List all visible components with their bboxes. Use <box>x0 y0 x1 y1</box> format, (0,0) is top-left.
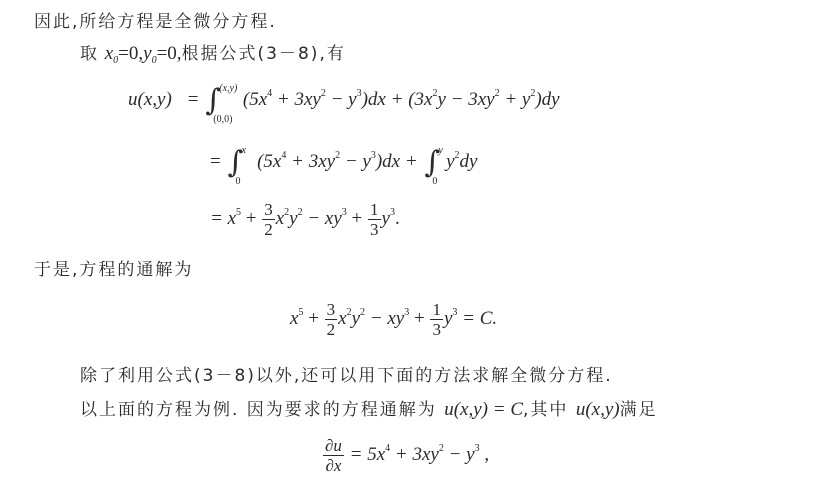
fraction-one-third: 13 <box>430 300 443 339</box>
fraction-du-dx: ∂u∂x <box>323 436 344 475</box>
lhs-u: u(x,y) <box>128 89 172 110</box>
text-take: 取 <box>80 44 99 64</box>
integral-sign: ∫y0 <box>424 151 440 175</box>
text-take-origin: 取 x0=0,y0=0,根据公式(3－8),有 <box>80 42 346 66</box>
fraction-one-third: 13 <box>368 200 381 239</box>
integral-sign: ∫x0 <box>227 151 243 175</box>
text-example: 以上面的方程为例. 因为要求的方程通解为 u(x,y) = C,其中 u(x,y… <box>80 398 658 422</box>
text-general-solution: 于是,方程的通解为 <box>34 258 193 282</box>
text-alternate-method: 除了利用公式(3－8)以外,还可以用下面的方法求解全微分方程. <box>80 364 613 388</box>
equation-result: = x5 + 32x2y2 − xy3 + 13y3. <box>210 200 400 239</box>
var-x0: x0 <box>105 43 118 64</box>
equation-partial-derivative: ∂u∂x = 5x4 + 3xy2 − y3 , <box>322 436 489 475</box>
fraction-three-halves: 32 <box>262 200 275 239</box>
integral-sign: ∫(x,y)(0,0) <box>205 89 221 113</box>
equation-split-integrals: = ∫x0(5x4 + 3xy2 − y3)dx + ∫y0y2dy <box>210 150 477 175</box>
text-conclusion-exact: 因此,所给方程是全微分方程. <box>34 10 277 34</box>
var-y0: y0 <box>143 43 156 64</box>
equation-general-solution: x5 + 32x2y2 − xy3 + 13y3 = C. <box>290 300 497 339</box>
fraction-three-halves: 32 <box>325 300 338 339</box>
equation-u-integral: u(x,y)= ∫(x,y)(0,0)(5x4 + 3xy2 − y3)dx +… <box>128 88 560 113</box>
